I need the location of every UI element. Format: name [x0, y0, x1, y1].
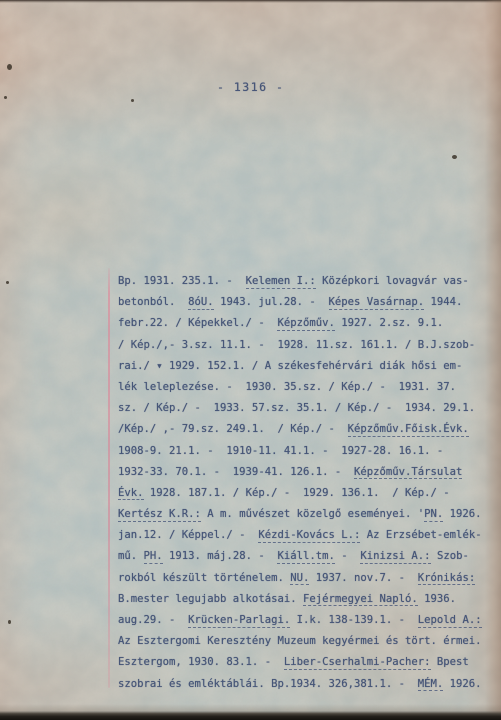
underlined-citation-text: Évk. — [118, 487, 144, 501]
text-line: Esztergom, 1930. 83.1. - Liber-Cserhalmi… — [118, 652, 490, 673]
text-line: Évk. 1928. 187.1. / Kép./ - 1929. 136.1.… — [118, 483, 490, 504]
underlined-citation-text: MÉM. — [418, 678, 444, 692]
underlined-citation-text: Liber-Cserhalmi-Pacher: — [284, 656, 431, 670]
ink-speck — [7, 64, 12, 70]
ink-speck — [6, 281, 9, 284]
citation-text: 1944. — [424, 296, 462, 308]
underlined-citation-text: PN. — [424, 508, 443, 522]
citation-text: Bp. 1931. 235.1. - — [118, 275, 246, 287]
underlined-citation-text: Lepold A.: — [418, 614, 482, 628]
citation-text: Szob- — [431, 550, 469, 562]
citation-text: I.k. 138-139.1. - — [290, 614, 418, 626]
underlined-citation-text: 8óU. — [188, 296, 214, 310]
underlined-citation-text: NU. — [290, 572, 309, 586]
underlined-citation-text: Képzőműv.Társulat — [354, 466, 462, 480]
citation-text: lék leleplezése. - 1930. 35.sz. / Kép./ … — [118, 381, 456, 393]
text-line: betonból. 8óU. 1943. jul.28. - Képes Vas… — [118, 292, 490, 313]
text-line: 1908-9. 21.1. - 1910-11. 41.1. - 1927-28… — [118, 441, 490, 462]
citation-text: jan.12. / Képpel./ - — [118, 529, 258, 541]
underlined-citation-text: Képzőműv. — [277, 317, 334, 331]
paper-bottom-shadow — [0, 704, 501, 711]
text-line: aug.29. - Krücken-Parlagi. I.k. 138-139.… — [118, 610, 490, 631]
citation-text: 1927. 2.sz. 9.1. — [335, 317, 443, 329]
citation-text: mű. — [118, 550, 144, 562]
citation-text: Bpest — [431, 656, 469, 668]
underlined-citation-text: Kézdi-Kovács L.: — [258, 529, 360, 543]
ink-speck — [131, 99, 134, 102]
citation-text: Az Erzsébet-emlék- — [360, 529, 481, 541]
ink-speck — [4, 96, 7, 99]
underlined-citation-text: Krónikás: — [418, 572, 475, 586]
text-line: /Kép./ ,- 79.sz. 249.1. / Kép./ - Képzőm… — [118, 419, 490, 440]
text-line: Bp. 1931. 235.1. - Kelemen I.: Középkori… — [118, 271, 490, 292]
underlined-citation-text: Kertész K.R.: — [118, 508, 201, 522]
scan-top-edge — [0, 0, 501, 3]
citation-text: 1908-9. 21.1. - 1910-11. 41.1. - 1927-28… — [118, 445, 443, 457]
underlined-citation-text: Krücken-Parlagi. — [188, 614, 290, 628]
citation-text: 1926. — [443, 678, 481, 690]
citation-text: - — [335, 550, 361, 562]
text-line: rai./ ▾ 1929. 152.1. / A székesfehérvári… — [118, 356, 490, 377]
citation-text: 1936. — [418, 593, 456, 605]
citation-text: 1913. máj.28. - — [163, 550, 278, 562]
citation-text: /Kép./ ,- 79.sz. 249.1. / Kép./ - — [118, 423, 348, 435]
text-line: Az Esztergomi Keresztény Muzeum kegyérme… — [118, 631, 490, 652]
citation-text: / Kép./,- 3.sz. 11.1. - 1928. 11.sz. 161… — [118, 339, 475, 351]
bibliography-text: Bp. 1931. 235.1. - Kelemen I.: Középkori… — [118, 271, 490, 695]
citation-text: szobrai és emléktáblái. Bp.1934. 326,381… — [118, 678, 418, 690]
citation-text: Az Esztergomi Keresztény Muzeum kegyérme… — [118, 635, 482, 647]
citation-text: rai./ ▾ 1929. 152.1. / A székesfehérvári… — [118, 360, 462, 372]
text-line: rokból készült történelem. NU. 1937. nov… — [118, 568, 490, 589]
underlined-citation-text: Kelemen I.: — [246, 275, 316, 289]
text-line: sz. / Kép./ - 1933. 57.sz. 35.1. / Kép./… — [118, 398, 490, 419]
text-line: jan.12. / Képpel./ - Kézdi-Kovács L.: Az… — [118, 525, 490, 546]
text-line: 1932-33. 70.1. - 1939-41. 126.1. - Képző… — [118, 462, 490, 483]
underlined-citation-text: PH. — [144, 550, 163, 564]
ink-speck — [452, 155, 457, 159]
citation-text: Esztergom, 1930. 83.1. - — [118, 656, 284, 668]
text-line: lék leleplezése. - 1930. 35.sz. / Kép./ … — [118, 377, 490, 398]
citation-text: 1926. — [443, 508, 481, 520]
text-line: febr.22. / Képekkel./ - Képzőműv. 1927. … — [118, 313, 490, 334]
margin-line — [108, 268, 110, 688]
text-line: / Kép./,- 3.sz. 11.1. - 1928. 11.sz. 161… — [118, 335, 490, 356]
text-line: mű. PH. 1913. máj.28. - Kiáll.tm. - Kini… — [118, 546, 490, 567]
citation-text: aug.29. - — [118, 614, 188, 626]
text-line: Kertész K.R.: A m. művészet közelgő esem… — [118, 504, 490, 525]
citation-text: rokból készült történelem. — [118, 572, 290, 584]
underlined-citation-text: Fejérmegyei Napló. — [303, 593, 418, 607]
citation-text: 1932-33. 70.1. - 1939-41. 126.1. - — [118, 466, 354, 478]
citation-text: betonból. — [118, 296, 188, 308]
citation-text: B.mester legujabb alkotásai. — [118, 593, 303, 605]
text-line: B.mester legujabb alkotásai. Fejérmegyei… — [118, 589, 490, 610]
underlined-citation-text: Képzőműv.Főisk.Évk. — [348, 423, 469, 437]
page-number: - 1316 - — [217, 80, 284, 94]
citation-text: 1943. jul.28. - — [214, 296, 329, 308]
text-line: szobrai és emléktáblái. Bp.1934. 326,381… — [118, 674, 490, 695]
scanned-page: - 1316 - Bp. 1931. 235.1. - Kelemen I.: … — [0, 0, 501, 720]
underlined-citation-text: Kiáll.tm. — [277, 550, 334, 564]
underlined-citation-text: Képes Vasárnap. — [329, 296, 425, 310]
underlined-citation-text: Kinizsi A.: — [360, 550, 430, 564]
citation-text: sz. / Kép./ - 1933. 57.sz. 35.1. / Kép./… — [118, 402, 475, 414]
ink-speck — [8, 620, 11, 624]
scan-bottom-edge — [0, 711, 501, 720]
citation-text: Középkori lovagvár vas- — [316, 275, 469, 287]
citation-text: 1928. 187.1. / Kép./ - 1929. 136.1. / Ké… — [144, 487, 450, 499]
citation-text: A m. művészet közelgő eseményei. ' — [201, 508, 424, 520]
citation-text: febr.22. / Képekkel./ - — [118, 317, 277, 329]
citation-text: 1937. nov.7. - — [309, 572, 417, 584]
